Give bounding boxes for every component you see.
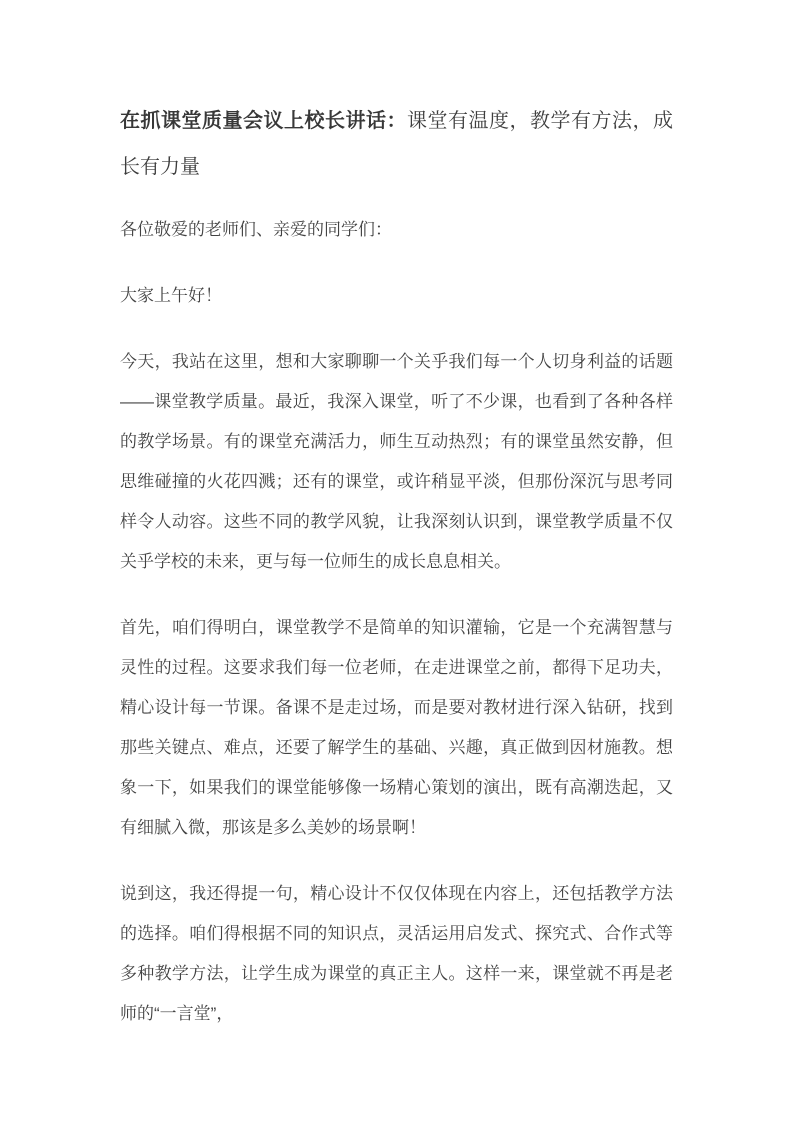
body-paragraph-3: 说到这，我还得提一句，精心设计不仅仅体现在内容上，还包括教学方法的选择。咱们得根… [120,874,673,1034]
body-paragraph-1: 今天，我站在这里，想和大家聊聊一个关乎我们每一个人切身利益的话题——课堂教学质量… [120,342,673,582]
document-title-lead: 在抓课堂质量会议上校长讲话： [120,110,407,132]
document-page: 在抓课堂质量会议上校长讲话：课堂有温度，教学有方法，成长有力量 各位敬爱的老师们… [0,0,793,1122]
body-paragraph-2: 首先，咱们得明白，课堂教学不是简单的知识灌输，它是一个充满智慧与灵性的过程。这要… [120,608,673,848]
salutation-line: 各位敬爱的老师们、亲爱的同学们： [120,210,673,250]
greeting-line: 大家上午好！ [120,276,673,316]
document-title: 在抓课堂质量会议上校长讲话：课堂有温度，教学有方法，成长有力量 [120,98,673,190]
